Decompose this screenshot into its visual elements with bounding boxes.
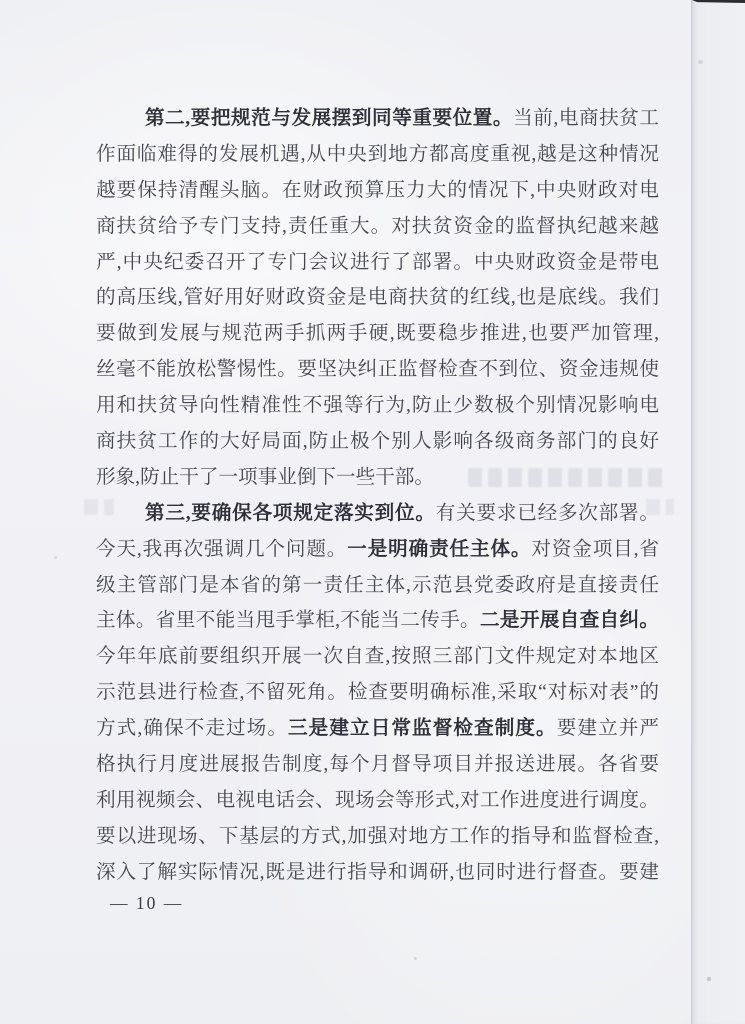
text-segment: 今年年底前要组织开展一次自查,按照三部门文件规定对本地区 — [96, 646, 659, 667]
text-segment: 商扶贫给予专门支持,责任重大。对扶贫资金的监督执纪越来越 — [96, 216, 659, 237]
bold-text-segment: 第二,要把规范与发展摆到同等重要位置。 — [145, 108, 513, 129]
text-line: 主体。省里不能当甩手掌柜,不能当二传手。二是开展自查自纠。 — [96, 603, 659, 639]
text-segment: 当前,电商扶贫工 — [513, 108, 659, 129]
text-line: 第三,要确保各项规定落实到位。有关要求已经多次部署。 — [96, 496, 659, 532]
text-line: 商扶贫工作的大好局面,防止极个别人影响各级商务部门的良好 — [96, 424, 659, 460]
text-segment: 利用视频会、电视电话会、现场会等形式,对工作进度进行调度。 — [96, 790, 659, 811]
text-line: 格执行月度进展报告制度,每个月督导项目并报送进展。各省要 — [96, 747, 659, 783]
page-number: — 10 — — [110, 893, 183, 914]
text-line: 今天,我再次强调几个问题。一是明确责任主体。对资金项目,省 — [96, 532, 659, 568]
text-line: 严,中央纪委召开了专门会议进行了部署。中央财政资金是带电 — [96, 245, 659, 281]
text-line: 今年年底前要组织开展一次自查,按照三部门文件规定对本地区 — [96, 639, 659, 675]
bold-text-segment: 一是明确责任主体。 — [347, 539, 531, 560]
text-segment: 越要保持清醒头脑。在财政预算压力大的情况下,中央财政对电 — [96, 180, 659, 201]
scanned-document-page: 第二,要把规范与发展摆到同等重要位置。当前,电商扶贫工作面临难得的发展机遇,从中… — [0, 0, 745, 1024]
text-segment: 对资金项目,省 — [531, 539, 659, 560]
text-segment: 格执行月度进展报告制度,每个月督导项目并报送进展。各省要 — [96, 754, 659, 775]
text-segment: 级主管部门是本省的第一责任主体,示范县党委政府是直接责任 — [96, 575, 659, 596]
text-segment: 的高压线,管好用好财政资金是电商扶贫的红线,也是底线。我们 — [96, 287, 659, 308]
text-segment: 用和扶贫导向性精准性不强等行为,防止少数极个别情况影响电 — [96, 395, 659, 416]
bold-text-segment: 第三,要确保各项规定落实到位。 — [145, 503, 436, 524]
bold-text-segment: 三是建立日常监督检查制度。 — [288, 718, 557, 739]
scan-speck — [698, 60, 703, 64]
text-line: 示范县进行检查,不留死角。检查要明确标准,采取“对标对表”的 — [96, 675, 659, 711]
text-segment: 丝毫不能放松警惕性。要坚决纠正监督检查不到位、资金违规使 — [96, 359, 659, 380]
text-segment: 要做到发展与规范两手抓两手硬,既要稳步推进,也要严加管理, — [96, 323, 659, 344]
text-line: 丝毫不能放松警惕性。要坚决纠正监督检查不到位、资金违规使 — [96, 352, 659, 388]
text-line: 第二,要把规范与发展摆到同等重要位置。当前,电商扶贫工 — [96, 101, 659, 137]
text-line: 深入了解实际情况,既是进行指导和调研,也同时进行督查。要建 — [96, 855, 659, 891]
text-line: 作面临难得的发展机遇,从中央到地方都高度重视,越是这种情况 — [96, 137, 659, 173]
page-fold-edge — [691, 0, 745, 1024]
text-line: 要以进现场、下基层的方式,加强对地方工作的指导和监督检查, — [96, 819, 659, 855]
text-line: 商扶贫给予专门支持,责任重大。对扶贫资金的监督执纪越来越 — [96, 209, 659, 245]
text-line: 越要保持清醒头脑。在财政预算压力大的情况下,中央财政对电 — [96, 173, 659, 209]
text-line: 的高压线,管好用好财政资金是电商扶贫的红线,也是底线。我们 — [96, 280, 659, 316]
text-segment: 今天,我再次强调几个问题。 — [96, 539, 347, 560]
bold-text-segment: 二是开展自查自纠。 — [480, 610, 659, 631]
text-segment: 商扶贫工作的大好局面,防止极个别人影响各级商务部门的良好 — [96, 431, 659, 452]
text-line: 级主管部门是本省的第一责任主体,示范县党委政府是直接责任 — [96, 568, 659, 604]
text-segment: 要建立并严 — [557, 718, 659, 739]
text-segment: 作面临难得的发展机遇,从中央到地方都高度重视,越是这种情况 — [96, 144, 659, 165]
document-body: 第二,要把规范与发展摆到同等重要位置。当前,电商扶贫工作面临难得的发展机遇,从中… — [96, 101, 659, 891]
text-line: 利用视频会、电视电话会、现场会等形式,对工作进度进行调度。 — [96, 783, 659, 819]
text-segment: 示范县进行检查,不留死角。检查要明确标准,采取“对标对表”的 — [96, 682, 659, 703]
text-segment: 严,中央纪委召开了专门会议进行了部署。中央财政资金是带电 — [96, 252, 659, 273]
scan-speck — [707, 977, 711, 981]
text-line: 用和扶贫导向性精准性不强等行为,防止少数极个别情况影响电 — [96, 388, 659, 424]
text-segment: 形象,防止干了一项事业倒下一些干部。 — [96, 467, 434, 488]
scan-speck — [54, 556, 57, 559]
text-segment: 要以进现场、下基层的方式,加强对地方工作的指导和监督检查, — [96, 826, 659, 847]
scan-speck — [414, 957, 417, 960]
text-segment: 主体。省里不能当甩手掌柜,不能当二传手。 — [96, 610, 480, 631]
text-line: 要做到发展与规范两手抓两手硬,既要稳步推进,也要严加管理, — [96, 316, 659, 352]
text-line: 方式,确保不走过场。三是建立日常监督检查制度。要建立并严 — [96, 711, 659, 747]
text-line: 形象,防止干了一项事业倒下一些干部。 — [96, 460, 659, 496]
text-segment: 有关要求已经多次部署。 — [436, 503, 659, 524]
text-segment: 方式,确保不走过场。 — [96, 718, 288, 739]
text-segment: 深入了解实际情况,既是进行指导和调研,也同时进行督查。要建 — [96, 862, 659, 883]
